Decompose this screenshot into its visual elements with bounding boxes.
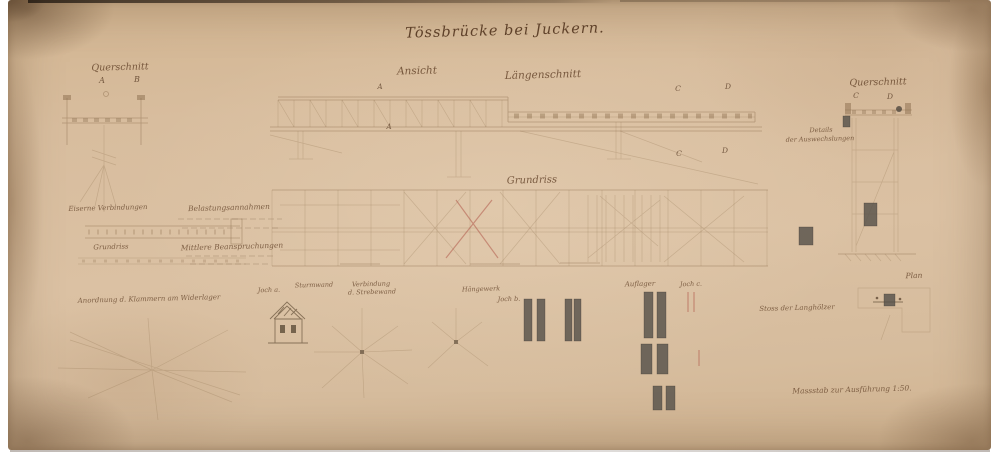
annotation-sturmwand: Sturmwand xyxy=(295,281,333,289)
view-label-querschnitt-left: Querschnitt xyxy=(91,62,148,73)
view-label-plan: Plan xyxy=(906,272,923,280)
annotation-haengewerk: Hängewerk xyxy=(462,286,500,293)
marker-d-elevation-top: D xyxy=(725,83,731,91)
marker-c-elevation-bottom: C xyxy=(676,150,682,158)
scanned-drawing-sheet: Tössbrücke bei Juckern. Querschnitt Ansi… xyxy=(0,0,1000,453)
annotation-details-line1: Details xyxy=(809,127,832,134)
view-label-grundriss: Grundriss xyxy=(507,175,558,186)
view-label-ansicht: Ansicht xyxy=(397,65,437,77)
view-label-querschnitt-right: Querschnitt xyxy=(849,77,906,88)
marker-d-right-section: D xyxy=(887,93,893,101)
annotation-joch-c: Joch c. xyxy=(680,281,702,288)
marker-b-left-section: B xyxy=(134,76,140,84)
annotation-details-line2: der Auswechslungen xyxy=(786,135,855,143)
annotation-auflager: Auflager xyxy=(625,281,656,289)
annotation-verbindung-line2: d. Strebewand xyxy=(348,288,396,296)
annotation-detail-grundriss: Grundriss xyxy=(93,244,128,252)
marker-a-elevation-top: A xyxy=(377,84,382,91)
marker-a-left-section: A xyxy=(99,77,105,85)
marker-c-right-section: C xyxy=(853,92,859,100)
marker-a-elevation-deck: A xyxy=(386,124,391,131)
annotation-joch-b: Joch b. xyxy=(498,296,521,303)
marker-c-elevation-top: C xyxy=(675,85,681,93)
annotation-belastung: Belastungsannahmen xyxy=(188,203,270,213)
view-label-laengenschnitt: Längenschnitt xyxy=(505,69,582,81)
annotation-joch-a: Joch a. xyxy=(258,287,281,294)
marker-d-elevation-bottom: D xyxy=(722,147,728,155)
